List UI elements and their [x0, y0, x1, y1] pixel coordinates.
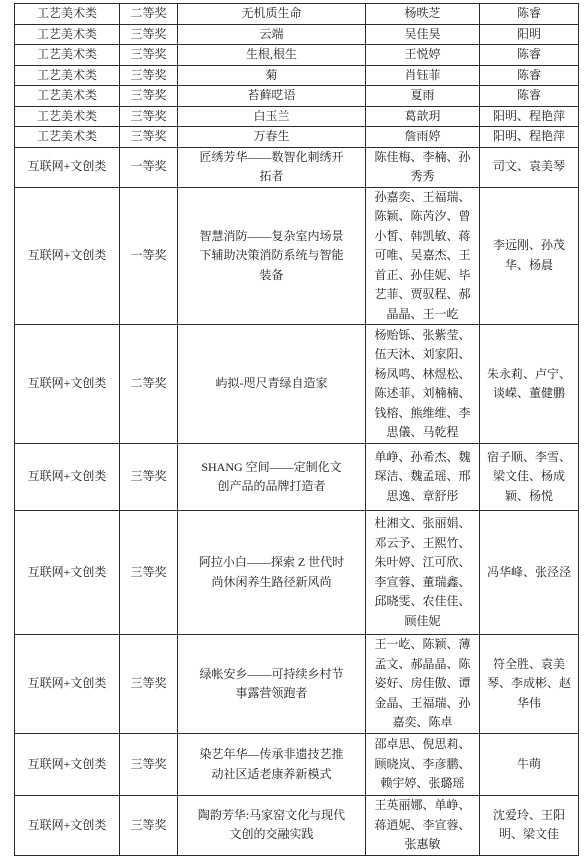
cell-authors: 陈佳梅、李楠、孙秀秀: [366, 147, 480, 187]
cell-advisors: 李远刚、孙茂华、杨晨: [480, 187, 579, 325]
cell-work-title: 屿拟-咫尺青绿自造家: [178, 325, 366, 444]
cell-authors: 邵卓思、倪思莉、顾晓岚、李彦鹏、赖宇婷、张璐瑶: [366, 734, 480, 796]
cell-advisors: 陈睿: [480, 45, 579, 66]
table-row: 互联网+文创类 三等奖 阿拉小白——探索 Z 世代时尚休闲养生路径新风尚 杜湘文…: [15, 511, 579, 635]
cell-authors: 詹雨婷: [366, 127, 480, 148]
cell-category: 互联网+文创类: [15, 187, 120, 325]
cell-advisors: 宿子顺、李雪、梁文佳、杨成颖、杨悦: [480, 444, 579, 511]
cell-work-title: 陶韵芳华:马家窑文化与现代文创的交融实践: [178, 796, 366, 856]
cell-category: 工艺美术类: [15, 45, 120, 66]
cell-advisors: 陈睿: [480, 65, 579, 86]
cell-authors: 王一屹、陈颖、薄孟文、郝晶晶、陈姿好、房佳傲、谭金晶、王福瑞、孙嘉奕、陈卓: [366, 635, 480, 734]
table-row: 工艺美术类 三等奖 苔藓呓语 夏雨 陈睿: [15, 86, 579, 107]
cell-authors: 杜湘文、张丽娟、邓云予、王熙竹、朱叶婷、江可欣、李宣蓉、董瑞鑫、邱晓雯、农佳佳、…: [366, 511, 480, 635]
cell-advisors: 冯华峰、张泾泾: [480, 511, 579, 635]
cell-authors: 葛歆玥: [366, 106, 480, 127]
cell-work-title: 无机质生命: [178, 4, 366, 25]
table-row: 工艺美术类 三等奖 云端 吴佳昊 阳明: [15, 24, 579, 45]
table-row: 互联网+文创类 三等奖 染艺年华—传承非遗技艺推动社区适老康养新模式 邵卓思、倪…: [15, 734, 579, 796]
table-row: 工艺美术类 三等奖 菊 肖钰菲 陈睿: [15, 65, 579, 86]
cell-authors: 杨昳芝: [366, 4, 480, 25]
cell-advisors: 牛萌: [480, 734, 579, 796]
cell-advisors: 陈睿: [480, 86, 579, 107]
cell-authors: 单峥、孙希杰、魏琛洁、魏孟瑶、邢思逸、章舒彤: [366, 444, 480, 511]
cell-category: 互联网+文创类: [15, 444, 120, 511]
cell-work-title: 云端: [178, 24, 366, 45]
cell-award: 三等奖: [120, 635, 178, 734]
table-row: 互联网+文创类 三等奖 陶韵芳华:马家窑文化与现代文创的交融实践 王英丽娜、单峥…: [15, 796, 579, 856]
cell-award: 一等奖: [120, 187, 178, 325]
cell-authors: 王悦婷: [366, 45, 480, 66]
cell-award: 三等奖: [120, 511, 178, 635]
cell-category: 互联网+文创类: [15, 325, 120, 444]
cell-advisors: 阳明、程艳萍: [480, 127, 579, 148]
table-row: 工艺美术类 三等奖 白玉兰 葛歆玥 阳明、程艳萍: [15, 106, 579, 127]
cell-award: 三等奖: [120, 127, 178, 148]
cell-category: 互联网+文创类: [15, 734, 120, 796]
cell-work-title: 菊: [178, 65, 366, 86]
cell-award: 一等奖: [120, 147, 178, 187]
table-row: 互联网+文创类 一等奖 匠绣芳华——数智化刺绣开拓者 陈佳梅、李楠、孙秀秀 司文…: [15, 147, 579, 187]
cell-award: 三等奖: [120, 106, 178, 127]
cell-advisors: 符全胜、袁美琴、李成彬、赵华伟: [480, 635, 579, 734]
cell-advisors: 阳明: [480, 24, 579, 45]
cell-category: 工艺美术类: [15, 4, 120, 25]
cell-authors: 杨贻铄、张紫莹、伍天沐、刘家阳、杨凤鸣、林煜松、陈述菲、刘楠楠、钱榕、熊维维、李…: [366, 325, 480, 444]
cell-award: 三等奖: [120, 24, 178, 45]
cell-category: 工艺美术类: [15, 86, 120, 107]
table-row: 互联网+文创类 一等奖 智慧消防——复杂室内场景下辅助决策消防系统与智能装备 孙…: [15, 187, 579, 325]
cell-work-title: 匠绣芳华——数智化刺绣开拓者: [178, 147, 366, 187]
document-page: 工艺美术类 二等奖 无机质生命 杨昳芝 陈睿 工艺美术类 三等奖 云端 吴佳昊 …: [0, 0, 584, 849]
cell-award: 三等奖: [120, 65, 178, 86]
cell-category: 工艺美术类: [15, 106, 120, 127]
cell-work-title: 染艺年华—传承非遗技艺推动社区适老康养新模式: [178, 734, 366, 796]
table-row: 互联网+文创类 三等奖 SHANG 空间——定制化文创产品的品牌打造者 单峥、孙…: [15, 444, 579, 511]
cell-award: 二等奖: [120, 4, 178, 25]
cell-work-title: 绿帐安乡——可持续乡村节事露营领跑者: [178, 635, 366, 734]
cell-award: 三等奖: [120, 444, 178, 511]
cell-advisors: 司文、袁美琴: [480, 147, 579, 187]
cell-authors: 吴佳昊: [366, 24, 480, 45]
cell-category: 工艺美术类: [15, 65, 120, 86]
cell-authors: 夏雨: [366, 86, 480, 107]
cell-category: 互联网+文创类: [15, 511, 120, 635]
cell-work-title: 白玉兰: [178, 106, 366, 127]
awards-table: 工艺美术类 二等奖 无机质生命 杨昳芝 陈睿 工艺美术类 三等奖 云端 吴佳昊 …: [14, 3, 579, 856]
cell-authors: 孙嘉奕、王福瑞、陈颖、陈芮汐、曾小皙、韩凯敏、蒋可唯、吴嘉杰、王首正、孙佳妮、毕…: [366, 187, 480, 325]
cell-advisors: 阳明、程艳萍: [480, 106, 579, 127]
table-row: 工艺美术类 三等奖 万春生 詹雨婷 阳明、程艳萍: [15, 127, 579, 148]
cell-advisors: 朱永莉、卢宁、谈嵘、董健鹏: [480, 325, 579, 444]
table-row: 工艺美术类 二等奖 无机质生命 杨昳芝 陈睿: [15, 4, 579, 25]
table-row: 工艺美术类 三等奖 生根,根生 王悦婷 陈睿: [15, 45, 579, 66]
cell-award: 三等奖: [120, 86, 178, 107]
cell-award: 二等奖: [120, 325, 178, 444]
cell-award: 三等奖: [120, 796, 178, 856]
cell-work-title: 生根,根生: [178, 45, 366, 66]
cell-advisors: 陈睿: [480, 4, 579, 25]
cell-authors: 王英丽娜、单峥、蒋逍妮、李宣蓉、张惠敏: [366, 796, 480, 856]
cell-advisors: 沈爱玲、王阳明、梁文佳: [480, 796, 579, 856]
cell-authors: 肖钰菲: [366, 65, 480, 86]
cell-category: 工艺美术类: [15, 24, 120, 45]
cell-work-title: 智慧消防——复杂室内场景下辅助决策消防系统与智能装备: [178, 187, 366, 325]
table-row: 互联网+文创类 二等奖 屿拟-咫尺青绿自造家 杨贻铄、张紫莹、伍天沐、刘家阳、杨…: [15, 325, 579, 444]
cell-work-title: 万春生: [178, 127, 366, 148]
cell-category: 互联网+文创类: [15, 147, 120, 187]
cell-work-title: SHANG 空间——定制化文创产品的品牌打造者: [178, 444, 366, 511]
cell-work-title: 阿拉小白——探索 Z 世代时尚休闲养生路径新风尚: [178, 511, 366, 635]
cell-award: 三等奖: [120, 734, 178, 796]
cell-category: 互联网+文创类: [15, 796, 120, 856]
cell-category: 工艺美术类: [15, 127, 120, 148]
cell-category: 互联网+文创类: [15, 635, 120, 734]
table-row: 互联网+文创类 三等奖 绿帐安乡——可持续乡村节事露营领跑者 王一屹、陈颖、薄孟…: [15, 635, 579, 734]
cell-work-title: 苔藓呓语: [178, 86, 366, 107]
cell-award: 三等奖: [120, 45, 178, 66]
